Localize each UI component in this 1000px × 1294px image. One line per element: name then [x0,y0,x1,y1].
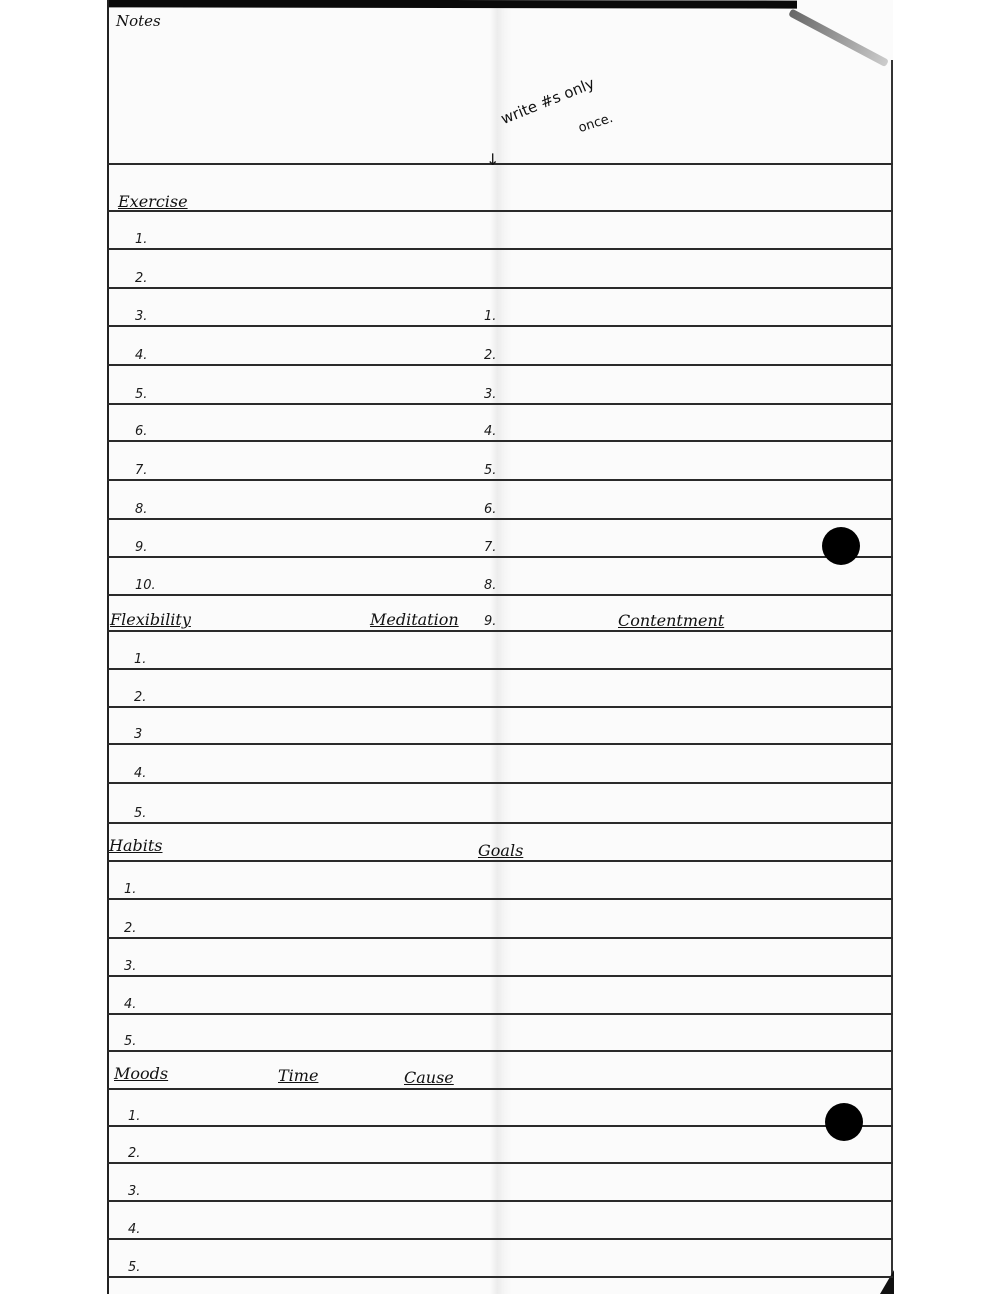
ruled-line [107,630,893,632]
ruled-line [107,1088,893,1090]
ruled-line [107,1238,893,1240]
list-number: 3 [134,727,142,742]
list-number: 8. [135,502,147,517]
ruled-line [107,287,893,289]
list-number: 4. [124,997,136,1012]
ruled-line [107,822,893,824]
list-number: 1. [484,309,496,324]
list-number: 6. [484,502,496,517]
ruled-line [107,163,893,165]
moods-time-column: Time [278,1066,318,1085]
ruled-line [107,479,893,481]
moods-heading: Moods [114,1064,168,1083]
list-number: 1. [128,1109,140,1124]
ruled-line [107,1013,893,1015]
ruled-line [107,403,893,405]
ruled-line [107,668,893,670]
paper-right-edge [891,60,893,1294]
list-number: 5. [135,387,147,402]
list-number: 8. [484,578,496,593]
ruled-line [107,706,893,708]
list-number: 2. [128,1146,140,1161]
list-number: 1. [124,882,136,897]
list-number: 5. [134,806,146,821]
ruled-line [107,1162,893,1164]
moods-cause-column: Cause [404,1068,454,1087]
list-number: 6. [135,424,147,439]
list-number: 4. [128,1222,140,1237]
ruled-line [107,594,893,596]
ruled-line [107,975,893,977]
ruled-line [107,1200,893,1202]
ruled-line [107,248,893,250]
ruled-line [107,782,893,784]
list-number: 7. [484,540,496,555]
contentment-heading: Contentment [618,611,724,630]
arrow-down-icon: ↓ [486,150,499,169]
list-number: 4. [135,348,147,363]
list-number: 9. [135,540,147,555]
list-number: 2. [135,271,147,286]
list-number: 7. [135,463,147,478]
paper-fold [490,0,512,1294]
list-number: 3. [135,309,147,324]
scan-top-edge [107,0,797,9]
margin-line [107,0,109,1294]
ruled-line [107,518,893,520]
punch-hole [822,527,860,565]
list-number: 3. [128,1184,140,1199]
list-number: 5. [128,1260,140,1275]
flexibility-heading: Flexibility [110,610,191,629]
exercise-heading: Exercise [118,192,188,211]
list-number: 9. [484,614,496,629]
list-number: 1. [135,232,147,247]
ruled-line [107,898,893,900]
ruled-line [107,210,893,212]
ruled-line [107,364,893,366]
list-number: 4. [134,766,146,781]
list-number: 2. [134,690,146,705]
goals-heading: Goals [478,841,523,860]
ruled-line [107,1125,893,1127]
ruled-line [107,556,893,558]
ruled-line [107,325,893,327]
list-number: 5. [484,463,496,478]
list-number: 3. [484,387,496,402]
ruled-line [107,1276,893,1278]
ruled-line [107,1050,893,1052]
list-number: 1. [134,652,146,667]
page-title: Notes [116,12,161,30]
list-number: 5. [124,1034,136,1049]
ruled-line [107,860,893,862]
habits-heading: Habits [109,836,163,855]
list-number: 2. [124,921,136,936]
ruled-line [107,440,893,442]
ruled-line [107,743,893,745]
punch-hole [825,1103,863,1141]
list-number: 10. [135,578,156,593]
list-number: 4. [484,424,496,439]
meditation-heading: Meditation [370,610,459,629]
list-number: 2. [484,348,496,363]
ruled-line [107,937,893,939]
list-number: 3. [124,959,136,974]
